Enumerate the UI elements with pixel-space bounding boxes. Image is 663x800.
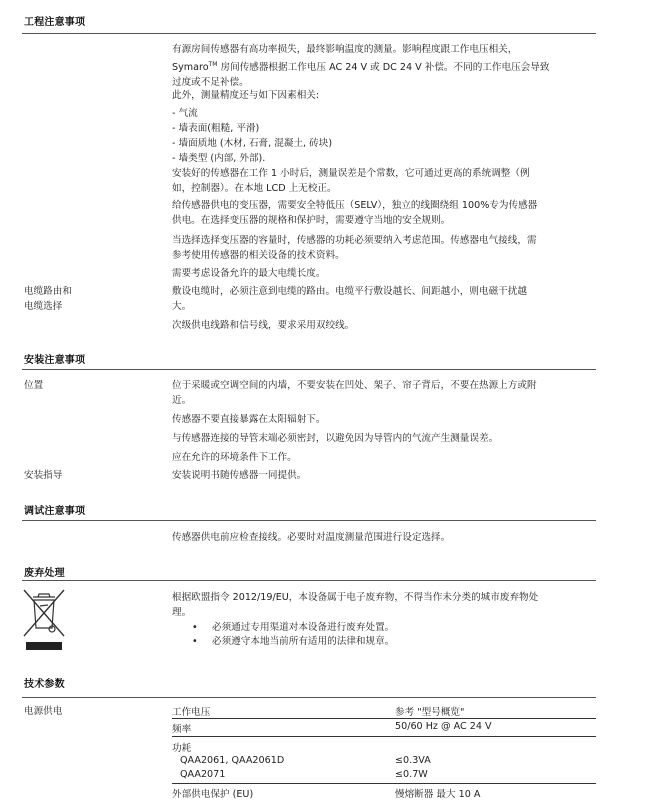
section-rule bbox=[22, 580, 596, 581]
factor-item: - 气流 bbox=[172, 106, 596, 121]
factor-item: - 墙表面(粗糙, 平滑) bbox=[172, 121, 596, 136]
engineering-paragraph-capacity: 当选择选择变压器的容量时，传感器的功耗必须要纳入考虑范围。传感器电气接线，需 参… bbox=[172, 233, 596, 263]
text-line: 理。 bbox=[172, 607, 191, 618]
text-line: 给传感器供电的变压器，需要安全特低压（SELV），独立的线圈绕组 100%专为传… bbox=[172, 200, 537, 211]
text-line: 当选择选择变压器的容量时，传感器的功耗必须要纳入考虑范围。传感器电气接线，需 bbox=[172, 235, 537, 246]
spec-key: 外部供电保护 (EU) bbox=[172, 786, 253, 800]
spec-subkey: QAA2061, QAA2061D bbox=[180, 755, 284, 766]
installation-guide-label: 安装指导 bbox=[24, 468, 62, 483]
location-label: 位置 bbox=[24, 378, 43, 393]
spec-value: 50/60 Hz @ AC 24 V bbox=[395, 721, 492, 732]
text-line: 安装好的传感器在工作 1 小时后，测量误差是个常数，它可通过更高的系统调整（例 bbox=[172, 166, 596, 181]
text-line: 位于采暖或空调空间的内墙，不要安装在凹处、架子、帘子背后，不要在热源上方或附 bbox=[172, 380, 537, 391]
spec-key: 频率 bbox=[172, 721, 191, 735]
spec-value: ≤0.7W bbox=[395, 769, 428, 780]
text-line: 有源房间传感器有高功率损失，最终影响温度的测量。影响程度跟工作电压相关， bbox=[172, 44, 517, 55]
power-supply-label: 电源供电 bbox=[24, 704, 62, 719]
text-line: 敷设电缆时，必须注意到电缆的路由。电缆平行敷设越长、间距越小，则电磁干扰越 bbox=[172, 286, 527, 297]
section-title-commissioning: 调试注意事项 bbox=[24, 502, 85, 517]
location-paragraph-1: 位于采暖或空调空间的内墙，不要安装在凹处、架子、帘子背后，不要在热源上方或附 近… bbox=[172, 378, 596, 408]
engineering-paragraph-2: 此外，测量精度还与如下因素相关: bbox=[172, 88, 596, 103]
text-line: 如，控制器）。在本地 LCD 上无校正。 bbox=[172, 181, 596, 196]
bullet-item: •必须通过专用渠道对本设备进行废弃处置。 bbox=[172, 621, 596, 635]
section-title-disposal: 废弃处理 bbox=[24, 564, 65, 579]
text-line: 过度或不足补偿。 bbox=[172, 77, 249, 88]
spec-value: ≤0.3VA bbox=[395, 755, 431, 766]
bullet-text: 必须遵守本地当前所有适用的法律和规章。 bbox=[212, 636, 394, 647]
spec-value: 慢熔断器 最大 10 A bbox=[395, 786, 480, 800]
cable-twisted-pair-paragraph: 次级供电线路和信号线，要求采用双绞线。 bbox=[172, 318, 596, 333]
bullet-item: •必须遵守本地当前所有适用的法律和规章。 bbox=[172, 635, 596, 649]
bullet-icon: • bbox=[192, 621, 198, 635]
bullet-text: 必须通过专用渠道对本设备进行废弃处置。 bbox=[212, 622, 394, 633]
section-title-engineering: 工程注意事项 bbox=[24, 13, 85, 28]
section-rule bbox=[22, 697, 596, 698]
spec-value: 参考 "型号概览" bbox=[395, 704, 464, 718]
section-rule bbox=[22, 369, 596, 370]
factor-item: - 墙面质地 (木材, 石膏, 混凝土, 砖块) bbox=[172, 136, 596, 151]
text-line: 电缆路由和 bbox=[24, 286, 72, 297]
engineering-paragraph-cable-length: 需要考虑设备允许的最大电缆长度。 bbox=[172, 266, 596, 281]
cable-routing-paragraph: 敷设电缆时，必须注意到电缆的路由。电缆平行敷设越长、间距越小，则电磁干扰越 大。 bbox=[172, 284, 596, 314]
brand-name: Symaro bbox=[172, 62, 209, 73]
text-line: 根据欧盟指令 2012/19/EU，本设备属于电子废弃物，不得当作未分类的城市废… bbox=[172, 592, 538, 603]
factor-item: - 墙类型 (内部, 外部). bbox=[172, 151, 596, 166]
spec-subkey: QAA2071 bbox=[180, 769, 225, 780]
cable-routing-label: 电缆路由和 电缆选择 bbox=[24, 284, 72, 314]
spec-row-frequency: 频率 50/60 Hz @ AC 24 V bbox=[172, 719, 596, 737]
text-line: 房间传感器根据工作电压 AC 24 V 或 DC 24 V 补偿。不同的工作电压… bbox=[217, 62, 549, 73]
section-rule bbox=[22, 520, 596, 521]
text-line: 供电。在选择变压器的规格和保护时，需要遵守当地的安全规则。 bbox=[172, 215, 450, 226]
installation-guide-text: 安装说明书随传感器一同提供。 bbox=[172, 468, 596, 483]
text-line: 大。 bbox=[172, 301, 191, 312]
spec-row-external-protection: 外部供电保护 (EU) 慢熔断器 最大 10 A bbox=[172, 784, 596, 800]
datasheet-page: 工程注意事项 有源房间传感器有高功率损失，最终影响温度的测量。影响程度跟工作电压… bbox=[0, 0, 663, 800]
engineering-paragraph-transformer: 给传感器供电的变压器，需要安全特低压（SELV），独立的线圈绕组 100%专为传… bbox=[172, 198, 596, 228]
spec-row-voltage: 工作电压 参考 "型号概览" bbox=[172, 703, 596, 719]
spec-key: 功耗 bbox=[172, 740, 191, 754]
text-line: 电缆选择 bbox=[24, 301, 62, 312]
commissioning-text: 传感器供电前应检查接线。必要时对温度测量范围进行设定选择。 bbox=[172, 530, 596, 545]
weee-crossed-bin-icon bbox=[22, 588, 66, 652]
section-title-installation: 安装注意事项 bbox=[24, 351, 85, 366]
section-rule bbox=[22, 33, 596, 34]
disposal-bullet-list: •必须通过专用渠道对本设备进行废弃处置。 •必须遵守本地当前所有适用的法律和规章… bbox=[172, 621, 596, 649]
spec-table: 工作电压 参考 "型号概览" 频率 50/60 Hz @ AC 24 V 功耗 … bbox=[172, 703, 596, 800]
text-line: 近。 bbox=[172, 395, 191, 406]
location-paragraph-3: 与传感器连接的导管末端必须密封，以避免因为导管内的气流产生测量误差。 bbox=[172, 431, 596, 446]
engineering-paragraph-1: 有源房间传感器有高功率损失，最终影响温度的测量。影响程度跟工作电压相关， Sym… bbox=[172, 42, 596, 90]
spec-key: 工作电压 bbox=[172, 704, 210, 718]
location-paragraph-2: 传感器不要直接暴露在太阳辐射下。 bbox=[172, 412, 596, 427]
accuracy-factors-list: - 气流 - 墙表面(粗糙, 平滑) - 墙面质地 (木材, 石膏, 混凝土, … bbox=[172, 106, 596, 196]
section-title-technical: 技术参数 bbox=[24, 675, 65, 690]
location-paragraph-4: 应在允许的环境条件下工作。 bbox=[172, 450, 596, 465]
bullet-icon: • bbox=[192, 635, 198, 649]
spec-row-power-consumption: 功耗 QAA2061, QAA2061D ≤0.3VA QAA2071 ≤0.7… bbox=[172, 737, 596, 784]
text-line: 参考使用传感器的相关设备的技术资料。 bbox=[172, 250, 345, 261]
disposal-paragraph: 根据欧盟指令 2012/19/EU，本设备属于电子废弃物，不得当作未分类的城市废… bbox=[172, 590, 596, 620]
